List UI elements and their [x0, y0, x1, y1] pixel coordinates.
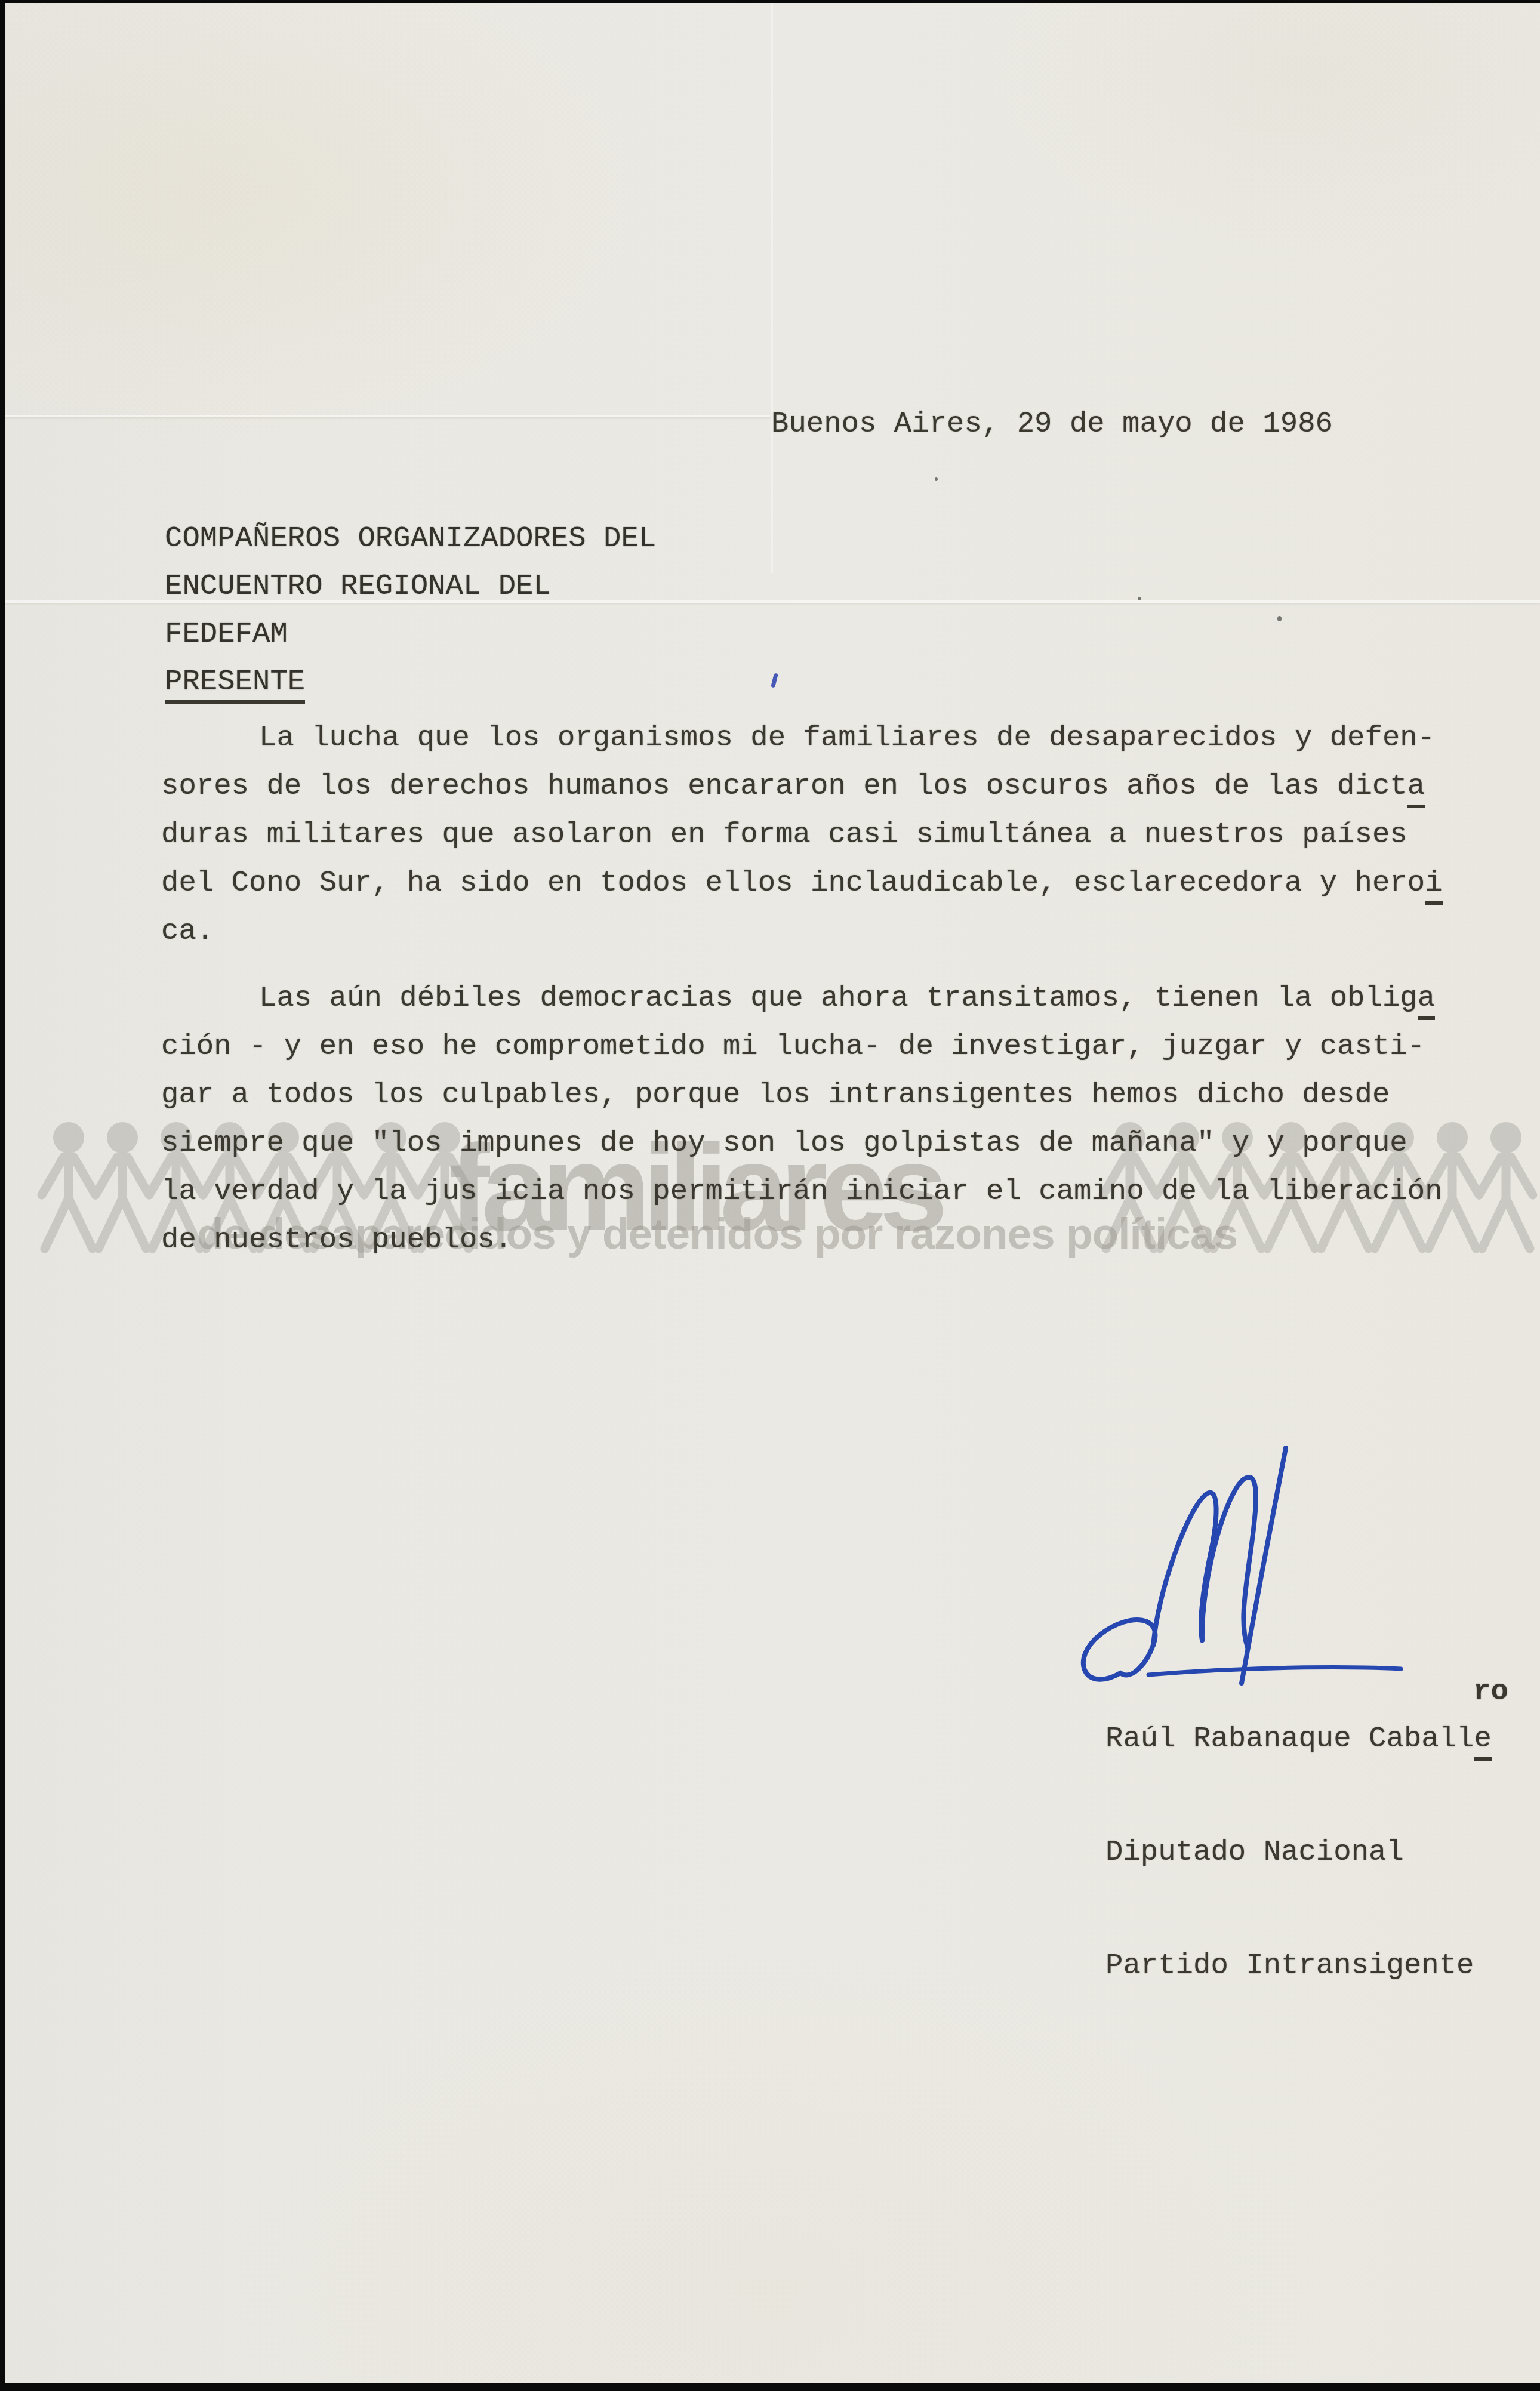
- body-text-line: siempre que "los impunes de hoy son los …: [161, 1119, 1443, 1167]
- ink-speck: [1138, 597, 1141, 600]
- scan-edge-top: [0, 0, 1540, 3]
- signatory-party: Partido Intransigente: [1105, 1942, 1492, 1989]
- scanned-letter-page: familiares de desaparecidos y detenidos …: [0, 0, 1540, 2391]
- body-text-line: de nuestros pueblos.: [161, 1216, 1443, 1264]
- paper-crease: [771, 0, 773, 573]
- body-text-line: la verdad y la jus icia nos permitirán i…: [161, 1167, 1443, 1216]
- date-line: Buenos Aires, 29 de mayo de 1986: [771, 407, 1333, 440]
- body-text-line: La lucha que los organismos de familiare…: [259, 714, 1443, 762]
- recipient-line: FEDEFAM: [165, 610, 656, 658]
- ink-speck: [1277, 616, 1282, 621]
- body-text-line: sores de los derechos humanos encararon …: [161, 762, 1443, 811]
- signature-block: Raúl Rabanaque Caballe Diputado Nacional…: [1105, 1649, 1492, 2056]
- signatory-name-overflow: ro: [1473, 1675, 1508, 1708]
- signatory-title: Diputado Nacional: [1105, 1829, 1492, 1875]
- recipient-line: PRESENTE: [165, 658, 656, 705]
- recipient-line: ENCUENTRO REGIONAL DEL: [165, 562, 656, 610]
- scan-edge-left: [0, 0, 5, 2391]
- body-text-line: ción - y en eso he comprometido mi lucha…: [161, 1022, 1443, 1071]
- recipient-block: COMPAÑEROS ORGANIZADORES DELENCUENTRO RE…: [165, 514, 656, 705]
- pen-mark: [771, 673, 778, 688]
- ink-speck: [935, 477, 938, 481]
- body-text-line: ca.: [161, 907, 1443, 956]
- signatory-name: Raúl Rabanaque Caballe: [1105, 1715, 1492, 1762]
- body-text-line: del Cono Sur, ha sido en todos ellos inc…: [161, 859, 1443, 907]
- body-text-line: Las aún débiles democracias que ahora tr…: [259, 974, 1443, 1022]
- body-text-line: duras militares que asolaron en forma ca…: [161, 811, 1443, 859]
- body-paragraph-1: La lucha que los organismos de familiare…: [161, 714, 1443, 956]
- paper-crease: [0, 415, 770, 417]
- scan-edge-bottom: [0, 2383, 1540, 2391]
- recipient-line: COMPAÑEROS ORGANIZADORES DEL: [165, 514, 656, 562]
- body-text-line: gar a todos los culpables, porque los in…: [161, 1071, 1443, 1119]
- body-paragraph-2: Las aún débiles democracias que ahora tr…: [161, 974, 1443, 1264]
